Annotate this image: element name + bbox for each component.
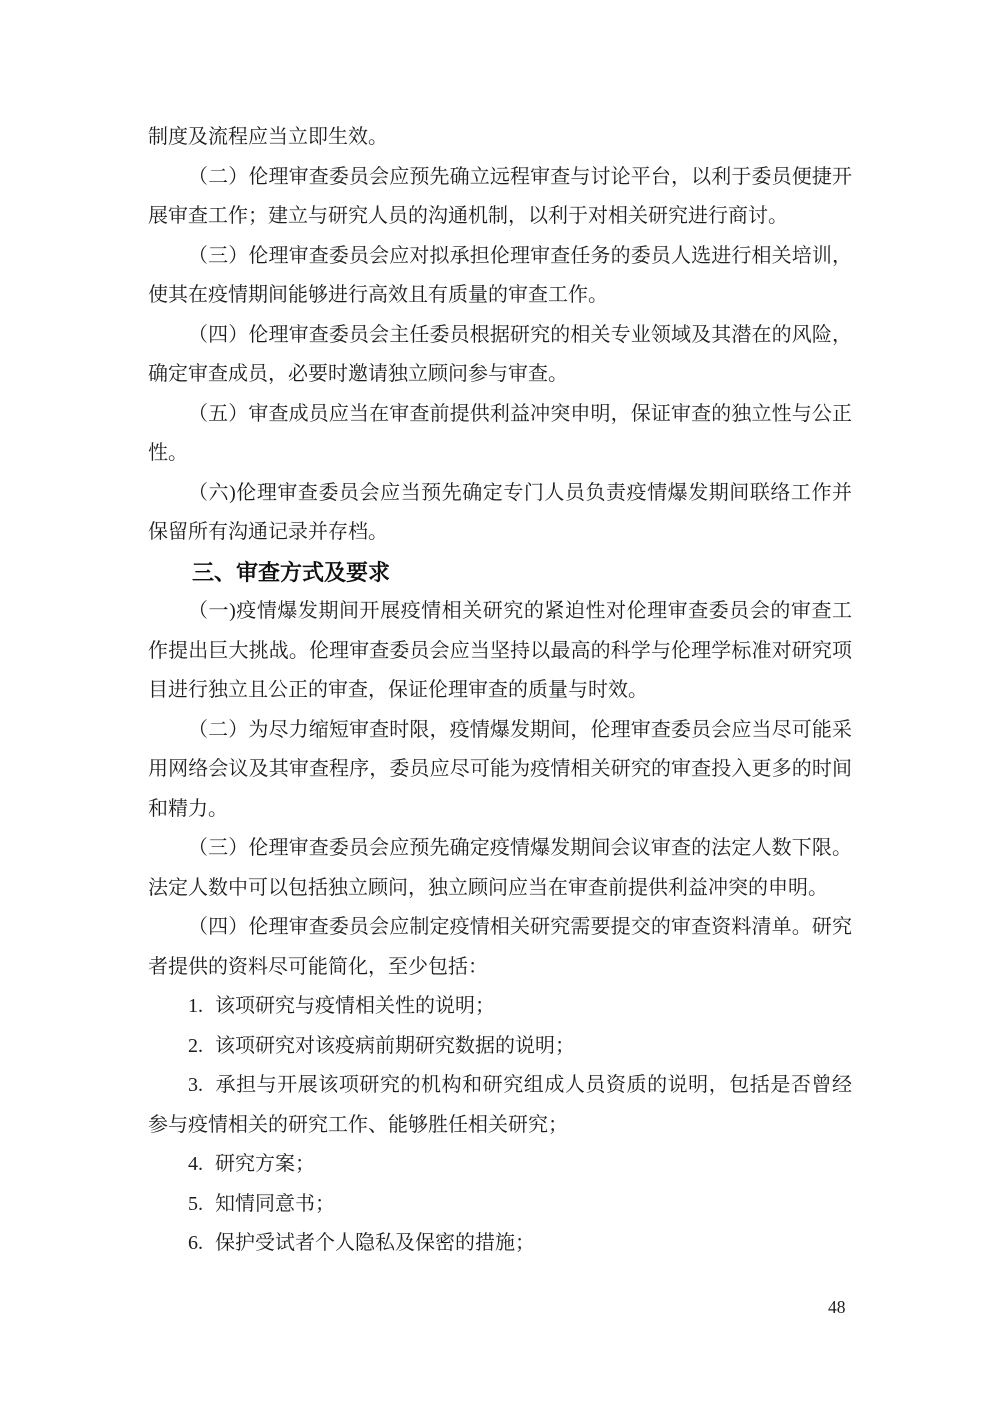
paragraph: （三）伦理审查委员会应预先确定疫情爆发期间会议审查的法定人数下限。法定人数中可以… (148, 829, 852, 908)
list-item-number: 5. (188, 1193, 203, 1215)
list-item-number: 3. (188, 1074, 203, 1096)
paragraph: （二）为尽力缩短审查时限，疫情爆发期间，伦理审查委员会应当尽可能采用网络会议及其… (148, 711, 852, 830)
paragraph: （六)伦理审查委员会应当预先确定专门人员负责疫情爆发期间联络工作并保留所有沟通记… (148, 474, 852, 553)
list-item-number: 4. (188, 1153, 203, 1175)
list-item-text: 该项研究对该疫病前期研究数据的说明； (215, 1035, 575, 1057)
list-item-text: 研究方案； (215, 1153, 315, 1175)
numbered-list-item: 1.该项研究与疫情相关性的说明； (148, 987, 852, 1027)
paragraph: （三）伦理审查委员会应对拟承担伦理审查任务的委员人选进行相关培训，使其在疫情期间… (148, 237, 852, 316)
document-body: 制度及流程应当立即生效。 （二）伦理审查委员会应预先确立远程审查与讨论平台，以利… (148, 118, 852, 1264)
paragraph: 制度及流程应当立即生效。 (148, 118, 852, 158)
page-number: 48 (828, 1295, 846, 1319)
document-page: 制度及流程应当立即生效。 （二）伦理审查委员会应预先确立远程审查与讨论平台，以利… (0, 0, 1000, 1413)
numbered-list-item: 3.承担与开展该项研究的机构和研究组成人员资质的说明，包括是否曾经参与疫情相关的… (148, 1066, 852, 1145)
numbered-list-item: 2.该项研究对该疫病前期研究数据的说明； (148, 1027, 852, 1067)
list-item-text: 承担与开展该项研究的机构和研究组成人员资质的说明，包括是否曾经参与疫情相关的研究… (148, 1074, 852, 1136)
paragraph: （一)疫情爆发期间开展疫情相关研究的紧迫性对伦理审查委员会的审查工作提出巨大挑战… (148, 592, 852, 711)
list-item-text: 知情同意书； (215, 1193, 335, 1215)
numbered-list-item: 5.知情同意书； (148, 1185, 852, 1225)
list-item-number: 2. (188, 1035, 203, 1057)
paragraph: （二）伦理审查委员会应预先确立远程审查与讨论平台，以利于委员便捷开展审查工作；建… (148, 158, 852, 237)
paragraph: （五）审查成员应当在审查前提供利益冲突申明，保证审查的独立性与公正性。 (148, 395, 852, 474)
numbered-list-item: 4.研究方案； (148, 1145, 852, 1185)
numbered-list-item: 6.保护受试者个人隐私及保密的措施； (148, 1224, 852, 1264)
list-item-number: 6. (188, 1232, 203, 1254)
paragraph: （四）伦理审查委员会应制定疫情相关研究需要提交的审查资料清单。研究者提供的资料尽… (148, 908, 852, 987)
list-item-number: 1. (188, 995, 203, 1017)
list-item-text: 保护受试者个人隐私及保密的措施； (215, 1232, 535, 1254)
section-heading: 三、审查方式及要求 (148, 553, 852, 593)
paragraph: （四）伦理审查委员会主任委员根据研究的相关专业领域及其潜在的风险，确定审查成员，… (148, 316, 852, 395)
list-item-text: 该项研究与疫情相关性的说明； (215, 995, 495, 1017)
